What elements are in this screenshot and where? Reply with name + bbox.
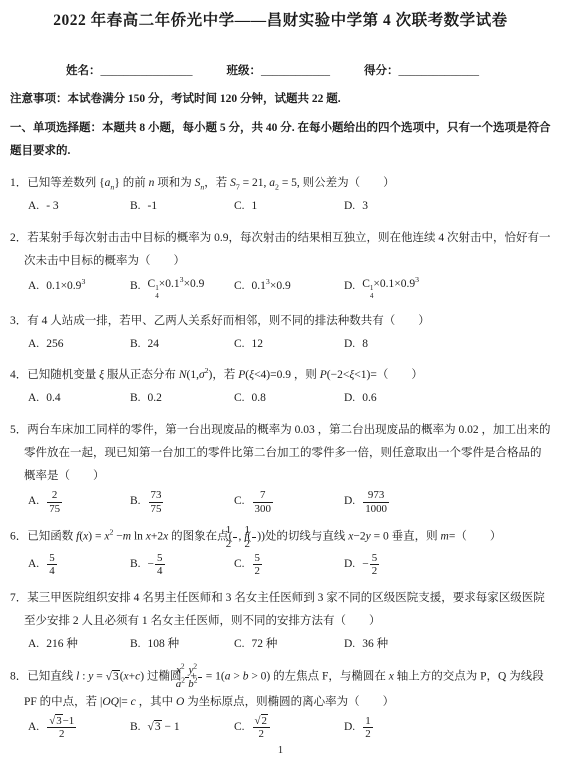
question-4-option-d: D.0.6 bbox=[344, 388, 551, 410]
student-info-row: 姓名：________________ 班级：____________ 得分：_… bbox=[66, 62, 551, 78]
name-label: 姓名： bbox=[66, 65, 101, 77]
question-5-options: A.275 B.7375 C.7300 D.9731000 bbox=[10, 489, 551, 515]
question-6: 6．已知函数 f(x) = x2 −m ln x+2x 的图象在点(12, f(… bbox=[10, 524, 551, 577]
option-label: A. bbox=[28, 276, 39, 298]
name-blank-line: ________________ bbox=[101, 65, 193, 77]
question-2-option-b: B.C14×0.13×0.9 bbox=[130, 274, 234, 301]
option-value: 8 bbox=[362, 334, 368, 356]
option-value: 108 种 bbox=[148, 634, 180, 656]
question-3-option-c: C.12 bbox=[234, 334, 344, 356]
option-value: -1 bbox=[148, 196, 158, 218]
question-8-option-a: A.3−12 bbox=[28, 715, 130, 741]
option-value: C14×0.1×0.93 bbox=[362, 274, 419, 301]
question-5-stem: 5．两台车床加工同样的零件，第一台出现废品的概率为 0.03 ，第二台出现废品的… bbox=[10, 419, 551, 488]
option-label: B. bbox=[130, 491, 141, 513]
question-2-options: A.0.1×0.93 B.C14×0.13×0.9 C.0.13×0.9 D.C… bbox=[10, 274, 551, 301]
option-value: −52 bbox=[362, 552, 380, 578]
option-value: 275 bbox=[46, 489, 63, 515]
class-label: 班级： bbox=[227, 65, 262, 77]
question-7-option-b: B.108 种 bbox=[130, 634, 234, 656]
question-7-stem: 7．某三甲医院组织安排 4 名男主任医师和 3 名女主任医师到 3 家不同的区级… bbox=[10, 587, 551, 633]
option-label: C. bbox=[234, 196, 245, 218]
option-value: 3 bbox=[362, 196, 368, 218]
option-label: B. bbox=[130, 634, 141, 656]
option-value: 7300 bbox=[252, 489, 274, 515]
option-label: A. bbox=[28, 634, 39, 656]
option-label: A. bbox=[28, 334, 39, 356]
option-value: 24 bbox=[148, 334, 160, 356]
question-7: 7．某三甲医院组织安排 4 名男主任医师和 3 名女主任医师到 3 家不同的区级… bbox=[10, 587, 551, 656]
option-value: 3−12 bbox=[46, 715, 77, 741]
option-value: 12 bbox=[252, 334, 264, 356]
question-2-stem: 2．若某射手每次射击击中目标的概率为 0.9，每次射击的结果相互独立，则在他连续… bbox=[10, 227, 551, 273]
question-8-option-d: D.12 bbox=[344, 715, 551, 741]
option-label: A. bbox=[28, 491, 39, 513]
option-label: B. bbox=[130, 276, 141, 298]
question-1-option-c: C.1 bbox=[234, 196, 344, 218]
option-label: C. bbox=[234, 717, 245, 739]
class-field: 班级：____________ bbox=[227, 62, 331, 78]
question-1: 1．已知等差数列 {an} 的前 n 项和为 Sn，若 S7 = 21, a2 … bbox=[10, 172, 551, 218]
question-3: 3．有 4 人站成一排，若甲、乙两人关系好而相邻，则不同的排法种数共有（ ） A… bbox=[10, 310, 551, 356]
option-label: D. bbox=[344, 334, 355, 356]
option-value: 0.4 bbox=[46, 388, 60, 410]
option-label: B. bbox=[130, 717, 141, 739]
option-value: 54 bbox=[46, 552, 57, 578]
option-label: D. bbox=[344, 196, 355, 218]
question-3-options: A.256 B.24 C.12 D.8 bbox=[10, 334, 551, 356]
option-label: B. bbox=[130, 554, 141, 576]
option-label: D. bbox=[344, 276, 355, 298]
question-8: 8．已知直线 l : y = 3(x+c) 过椭圆 x2a2+y2b2 = 1(… bbox=[10, 664, 551, 740]
score-label: 得分： bbox=[364, 65, 399, 77]
question-5-option-a: A.275 bbox=[28, 489, 130, 515]
option-value: 36 种 bbox=[362, 634, 388, 656]
question-5: 5．两台车床加工同样的零件，第一台出现废品的概率为 0.03 ，第二台出现废品的… bbox=[10, 419, 551, 515]
question-4-options: A.0.4 B.0.2 C.0.8 D.0.6 bbox=[10, 388, 551, 410]
question-5-option-d: D.9731000 bbox=[344, 489, 551, 515]
option-label: C. bbox=[234, 634, 245, 656]
option-value: 0.2 bbox=[148, 388, 162, 410]
option-label: D. bbox=[344, 491, 355, 513]
exam-paper: 2022 年春高二年侨光中学——昌财实验中学第 4 次联考数学试卷 姓名：___… bbox=[0, 0, 561, 774]
question-6-option-b: B.−54 bbox=[130, 552, 234, 578]
option-value: 9731000 bbox=[362, 489, 390, 515]
option-value: 0.8 bbox=[252, 388, 266, 410]
option-value: 12 bbox=[362, 715, 373, 741]
option-value: 256 bbox=[46, 334, 63, 356]
question-7-option-c: C.72 种 bbox=[234, 634, 344, 656]
option-label: B. bbox=[130, 334, 141, 356]
question-1-stem: 1．已知等差数列 {an} 的前 n 项和为 Sn，若 S7 = 21, a2 … bbox=[10, 172, 551, 195]
question-2-option-d: D.C14×0.1×0.93 bbox=[344, 274, 551, 301]
question-5-option-b: B.7375 bbox=[130, 489, 234, 515]
option-value: - 3 bbox=[46, 196, 58, 218]
question-6-option-c: C.52 bbox=[234, 552, 344, 578]
question-6-option-d: D.−52 bbox=[344, 552, 551, 578]
option-label: C. bbox=[234, 554, 245, 576]
question-8-option-c: C.22 bbox=[234, 715, 344, 741]
option-value: 22 bbox=[252, 715, 271, 741]
option-label: D. bbox=[344, 717, 355, 739]
question-8-stem: 8．已知直线 l : y = 3(x+c) 过椭圆 x2a2+y2b2 = 1(… bbox=[10, 664, 551, 713]
option-label: C. bbox=[234, 276, 245, 298]
option-value: 1 bbox=[252, 196, 258, 218]
question-5-option-c: C.7300 bbox=[234, 489, 344, 515]
option-value: C14×0.13×0.9 bbox=[148, 274, 205, 301]
question-7-options: A.216 种 B.108 种 C.72 种 D.36 种 bbox=[10, 634, 551, 656]
option-label: A. bbox=[28, 388, 39, 410]
option-value: 0.6 bbox=[362, 388, 376, 410]
question-4: 4．已知随机变量 ξ 服从正态分布 N(1,σ2)，若 P(ξ<4)=0.9 ，… bbox=[10, 364, 551, 410]
question-4-option-a: A.0.4 bbox=[28, 388, 130, 410]
question-3-option-b: B.24 bbox=[130, 334, 234, 356]
question-6-stem: 6．已知函数 f(x) = x2 −m ln x+2x 的图象在点(12, f(… bbox=[10, 524, 551, 550]
option-label: D. bbox=[344, 554, 355, 576]
question-1-options: A.- 3 B.-1 C.1 D.3 bbox=[10, 196, 551, 218]
option-label: B. bbox=[130, 196, 141, 218]
question-7-option-a: A.216 种 bbox=[28, 634, 130, 656]
question-1-option-a: A.- 3 bbox=[28, 196, 130, 218]
question-4-option-c: C.0.8 bbox=[234, 388, 344, 410]
option-label: B. bbox=[130, 388, 141, 410]
option-value: 52 bbox=[252, 552, 263, 578]
question-4-option-b: B.0.2 bbox=[130, 388, 234, 410]
class-blank-line: ____________ bbox=[261, 65, 330, 77]
question-2-option-a: A.0.1×0.93 bbox=[28, 276, 130, 298]
question-2-option-c: C.0.13×0.9 bbox=[234, 276, 344, 298]
option-value: −54 bbox=[148, 552, 166, 578]
section-one-heading: 一、单项选择题：本题共 8 小题，每小题 5 分，共 40 分. 在每小题给出的… bbox=[10, 117, 551, 163]
option-label: D. bbox=[344, 388, 355, 410]
question-8-option-b: B.3 − 1 bbox=[130, 717, 234, 739]
score-blank-line: ______________ bbox=[399, 65, 480, 77]
question-3-option-d: D.8 bbox=[344, 334, 551, 356]
question-2: 2．若某射手每次射击击中目标的概率为 0.9，每次射击的结果相互独立，则在他连续… bbox=[10, 227, 551, 301]
option-value: 0.1×0.93 bbox=[46, 276, 85, 298]
option-value: 7375 bbox=[148, 489, 165, 515]
question-3-stem: 3．有 4 人站成一排，若甲、乙两人关系好而相邻，则不同的排法种数共有（ ） bbox=[10, 310, 551, 333]
option-value: 216 种 bbox=[46, 634, 78, 656]
question-6-options: A.54 B.−54 C.52 D.−52 bbox=[10, 552, 551, 578]
question-3-option-a: A.256 bbox=[28, 334, 130, 356]
option-value: 72 种 bbox=[252, 634, 278, 656]
question-7-option-d: D.36 种 bbox=[344, 634, 551, 656]
option-label: A. bbox=[28, 196, 39, 218]
name-field: 姓名：________________ bbox=[66, 62, 193, 78]
page-title: 2022 年春高二年侨光中学——昌财实验中学第 4 次联考数学试卷 bbox=[10, 10, 551, 32]
page-number: 1 bbox=[0, 745, 561, 756]
option-label: C. bbox=[234, 388, 245, 410]
option-value: 3 − 1 bbox=[148, 717, 180, 739]
question-6-option-a: A.54 bbox=[28, 552, 130, 578]
option-label: A. bbox=[28, 717, 39, 739]
question-4-stem: 4．已知随机变量 ξ 服从正态分布 N(1,σ2)，若 P(ξ<4)=0.9 ，… bbox=[10, 364, 551, 387]
question-1-option-b: B.-1 bbox=[130, 196, 234, 218]
option-label: A. bbox=[28, 554, 39, 576]
option-label: D. bbox=[344, 634, 355, 656]
exam-notice: 注意事项：本试卷满分 150 分，考试时间 120 分钟，试题共 22 题. bbox=[10, 91, 551, 108]
option-value: 0.13×0.9 bbox=[252, 276, 291, 298]
option-label: C. bbox=[234, 491, 245, 513]
question-8-options: A.3−12 B.3 − 1 C.22 D.12 bbox=[10, 715, 551, 741]
option-label: C. bbox=[234, 334, 245, 356]
question-1-option-d: D.3 bbox=[344, 196, 551, 218]
score-field: 得分：______________ bbox=[364, 62, 479, 78]
